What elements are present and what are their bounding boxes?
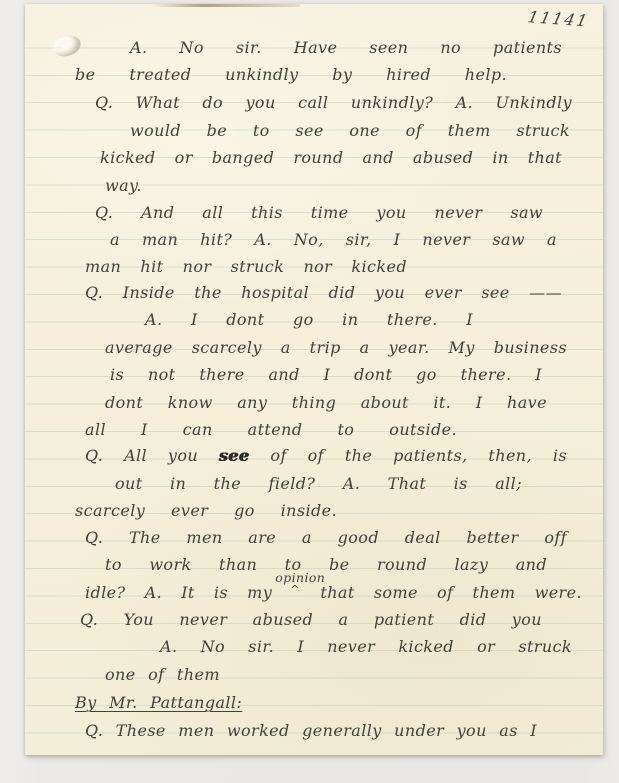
manuscript-line: Q. What do you call unkindly? A. Unkindl… bbox=[95, 89, 572, 117]
manuscript-line: is not there and I dont go there. I bbox=[110, 361, 542, 389]
manuscript-line: one of them bbox=[105, 661, 220, 689]
line-text: idle? A. It is my bbox=[85, 583, 272, 602]
manuscript-line: kicked or banged round and abused in tha… bbox=[100, 144, 562, 172]
overwritten-word: see bbox=[219, 446, 250, 465]
manuscript-line: a man hit? A. No, sir, I never saw a bbox=[110, 226, 557, 254]
manuscript-line-with-insertion: idle? A. It is my opinion^ that some of … bbox=[85, 579, 582, 607]
manuscript-line: A. No sir. Have seen no patients bbox=[130, 34, 562, 62]
manuscript-line: average scarcely a trip a year. My busin… bbox=[105, 334, 567, 362]
manuscript-line: Q. These men worked generally under you … bbox=[85, 717, 537, 745]
document-scan: 11141 A. No sir. Have seen no patients b… bbox=[0, 0, 619, 783]
manuscript-line: Q. Inside the hospital did you ever see … bbox=[85, 279, 562, 307]
manuscript-line: A. I dont go in there. I bbox=[145, 306, 473, 334]
manuscript-line: Q. And all this time you never saw bbox=[95, 199, 543, 227]
manuscript-line: to work than to be round lazy and bbox=[105, 551, 547, 579]
manuscript-line-with-correction: Q. All you see of of the patients, then,… bbox=[85, 442, 567, 470]
manuscript-line: Q. You never abused a patient did you bbox=[80, 606, 542, 634]
line-text: that some of them were. bbox=[320, 583, 582, 602]
manuscript-line: man hit nor struck nor kicked bbox=[85, 253, 407, 281]
manuscript-line: scarcely ever go inside. bbox=[75, 497, 337, 525]
manuscript-line: way. bbox=[105, 172, 142, 200]
examiner-heading: By Mr. Pattangall: bbox=[75, 689, 242, 717]
manuscript-line: all I can attend to outside. bbox=[85, 416, 457, 444]
manuscript-line: out in the field? A. That is all; bbox=[115, 470, 522, 498]
manuscript-line: dont know any thing about it. I have bbox=[105, 389, 547, 417]
manuscript-page: 11141 A. No sir. Have seen no patients b… bbox=[25, 4, 603, 755]
manuscript-line: be treated unkindly by hired help. bbox=[75, 61, 507, 89]
caret-mark: ^ bbox=[290, 576, 300, 604]
line-text: of of the patients, then, is bbox=[270, 446, 567, 465]
manuscript-line: would be to see one of them struck bbox=[130, 117, 570, 145]
line-text: Q. All you bbox=[85, 446, 198, 465]
manuscript-line: Q. The men are a good deal better off bbox=[85, 524, 567, 552]
insertion-text: opinion bbox=[275, 572, 325, 584]
inserted-word: opinion^ bbox=[291, 597, 301, 598]
manuscript-line: A. No sir. I never kicked or struck bbox=[160, 633, 572, 661]
